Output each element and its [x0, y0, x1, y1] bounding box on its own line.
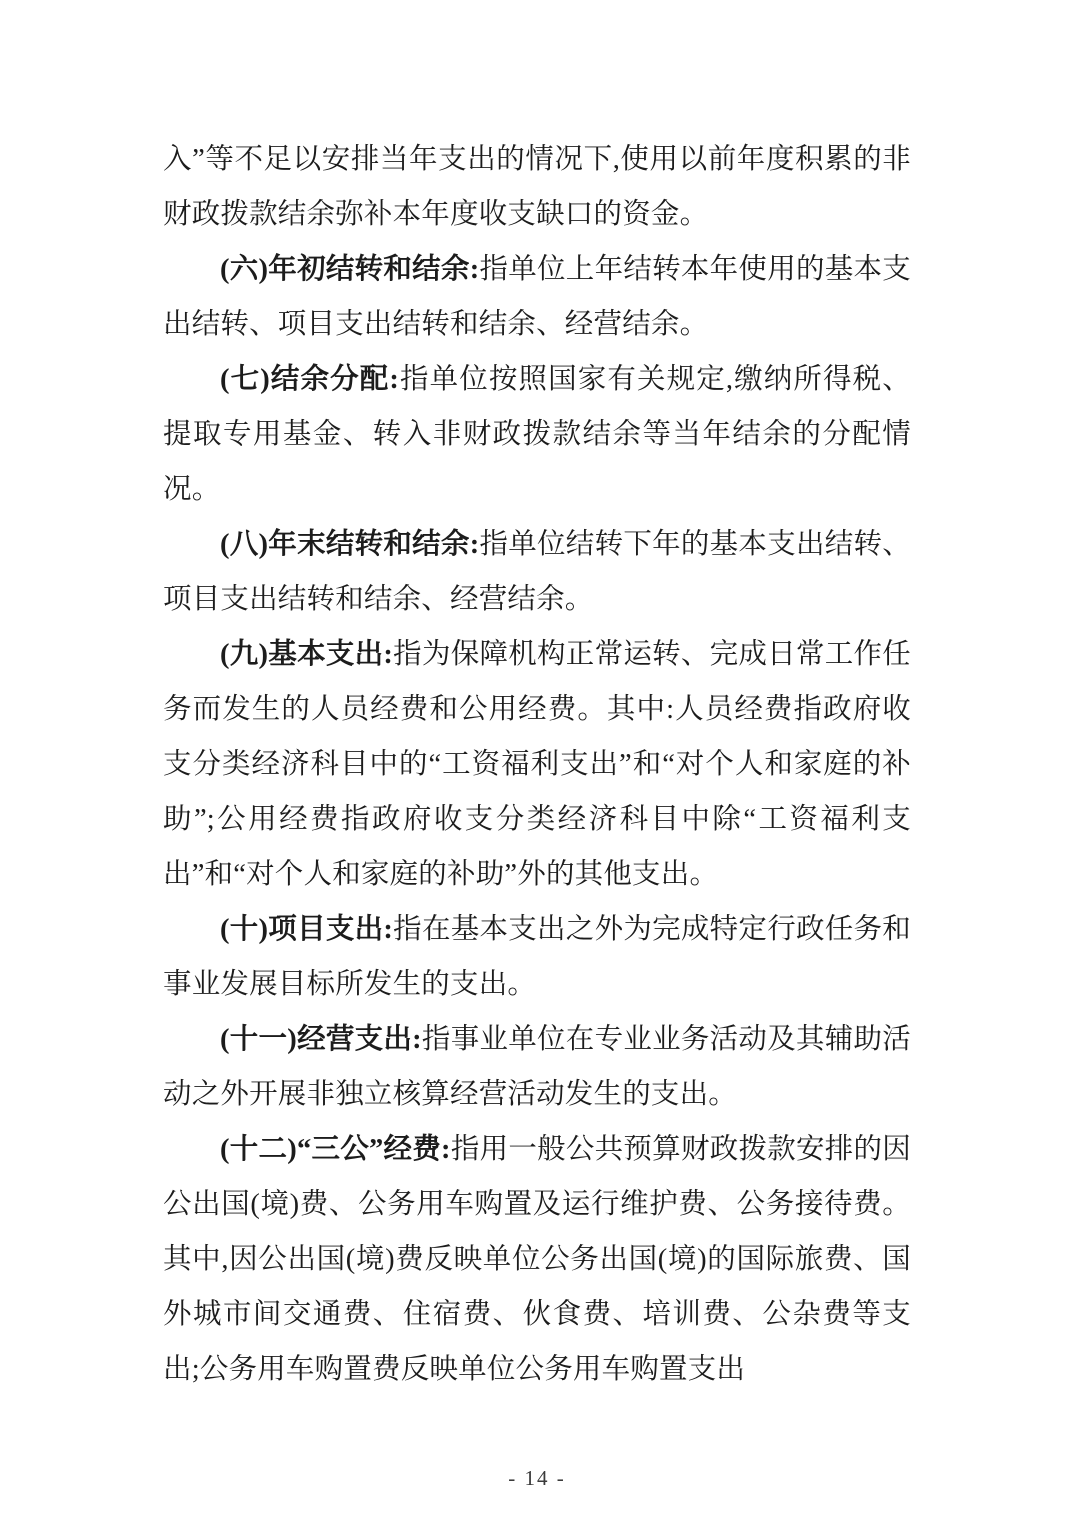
- paragraph: 入”等不足以安排当年支出的情况下,使用以前年度积累的非财政拨款结余弥补本年度收支…: [163, 132, 911, 242]
- page-number: - 14 -: [0, 1466, 1074, 1491]
- paragraph: (七)结余分配:指单位按照国家有关规定,缴纳所得税、提取专用基金、转入非财政拨款…: [163, 352, 911, 517]
- paragraph: (十二)“三公”经费:指用一般公共预算财政拨款安排的因公出国(境)费、公务用车购…: [163, 1122, 911, 1397]
- paragraph: (九)基本支出:指为保障机构正常运转、完成日常工作任务而发生的人员经费和公用经费…: [163, 627, 911, 902]
- paragraph-lead: (八)年末结转和结余:: [220, 529, 479, 560]
- paragraph-lead: (九)基本支出:: [220, 639, 393, 670]
- paragraph-lead: (十一)经营支出:: [220, 1024, 422, 1055]
- paragraph-lead: (七)结余分配:: [220, 364, 399, 395]
- paragraph-lead: (十)项目支出:: [220, 914, 393, 945]
- paragraph: (八)年末结转和结余:指单位结转下年的基本支出结转、项目支出结转和结余、经营结余…: [163, 517, 911, 627]
- paragraph: (十)项目支出:指在基本支出之外为完成特定行政任务和事业发展目标所发生的支出。: [163, 902, 911, 1012]
- paragraph: (六)年初结转和结余:指单位上年结转本年使用的基本支出结转、项目支出结转和结余、…: [163, 242, 911, 352]
- paragraph: (十一)经营支出:指事业单位在专业业务活动及其辅助活动之外开展非独立核算经营活动…: [163, 1012, 911, 1122]
- paragraph-lead: (十二)“三公”经费:: [220, 1134, 451, 1165]
- paragraph-text: 指为保障机构正常运转、完成日常工作任务而发生的人员经费和公用经费。其中:人员经费…: [163, 639, 911, 890]
- paragraph-text: 入”等不足以安排当年支出的情况下,使用以前年度积累的非财政拨款结余弥补本年度收支…: [163, 144, 911, 230]
- document-page: 入”等不足以安排当年支出的情况下,使用以前年度积累的非财政拨款结余弥补本年度收支…: [0, 0, 1074, 1520]
- paragraph-lead: (六)年初结转和结余:: [220, 254, 479, 285]
- paragraph-text: 指用一般公共预算财政拨款安排的因公出国(境)费、公务用车购置及运行维护费、公务接…: [163, 1134, 911, 1385]
- document-body: 入”等不足以安排当年支出的情况下,使用以前年度积累的非财政拨款结余弥补本年度收支…: [163, 132, 911, 1397]
